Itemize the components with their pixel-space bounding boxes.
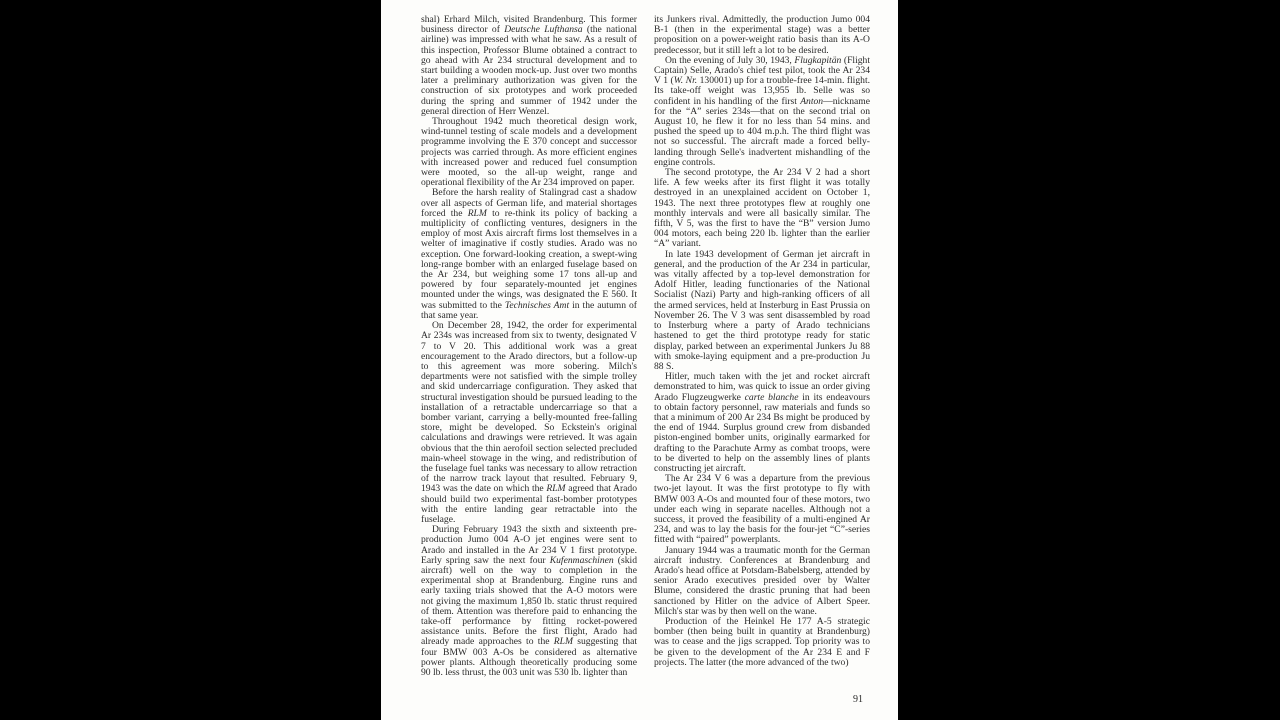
paragraph: During February 1943 the sixth and sixte… (421, 525, 637, 678)
paragraph: In late 1943 development of German jet a… (654, 250, 870, 372)
paragraph: Hitler, much taken with the jet and rock… (654, 372, 870, 474)
document-page: shal) Erhard Milch, visited Brandenburg.… (381, 0, 898, 720)
paragraph: On December 28, 1942, the order for expe… (421, 321, 637, 525)
paragraph: shal) Erhard Milch, visited Brandenburg.… (421, 15, 637, 117)
paragraph: The Ar 234 V 6 was a departure from the … (654, 474, 870, 545)
paragraph: January 1944 was a traumatic month for t… (654, 546, 870, 617)
paragraph: its Junkers rival. Admittedly, the produ… (654, 15, 870, 56)
right-column: its Junkers rival. Admittedly, the produ… (654, 15, 870, 668)
paragraph: On the evening of July 30, 1943, Flugkap… (654, 56, 870, 168)
paragraph: Throughout 1942 much theoretical design … (421, 117, 637, 188)
page-number: 91 (853, 694, 863, 705)
paragraph: Before the harsh reality of Stalingrad c… (421, 188, 637, 321)
paragraph: The second prototype, the Ar 234 V 2 had… (654, 168, 870, 250)
left-column: shal) Erhard Milch, visited Brandenburg.… (421, 15, 637, 678)
paragraph: Production of the Heinkel He 177 A-5 str… (654, 617, 870, 668)
